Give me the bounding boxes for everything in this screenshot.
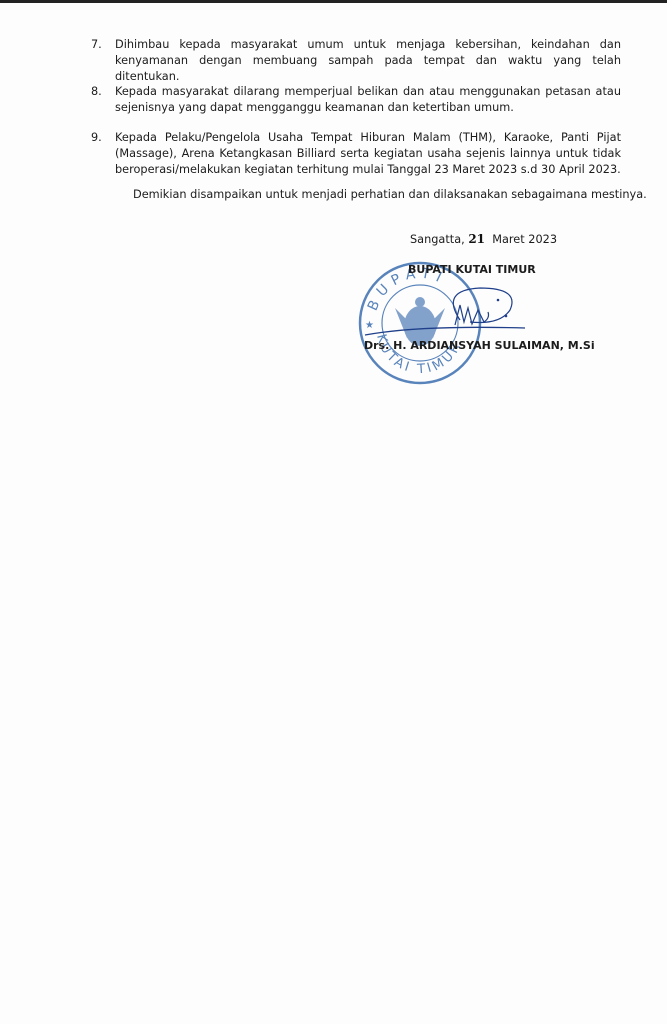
- top-border: [0, 0, 667, 3]
- list-item-8: 8. Kepada masyarakat dilarang memperjual…: [91, 84, 621, 116]
- official-title: BUPATI KUTAI TIMUR: [408, 263, 536, 276]
- item-text: Dihimbau kepada masyarakat umum untuk me…: [115, 37, 621, 85]
- item-number: 9.: [91, 130, 102, 146]
- item-text: Kepada Pelaku/Pengelola Usaha Tempat Hib…: [115, 130, 621, 178]
- place: Sangatta,: [410, 233, 465, 246]
- item-number: 8.: [91, 84, 102, 100]
- place-date: Sangatta, 21 Maret 2023: [410, 232, 557, 246]
- day-handwritten: 21: [468, 232, 485, 246]
- list-item-9: 9. Kepada Pelaku/Pengelola Usaha Tempat …: [91, 130, 621, 178]
- list-item-7: 7. Dihimbau kepada masyarakat umum untuk…: [91, 37, 621, 85]
- month-year: Maret 2023: [492, 233, 557, 246]
- item-number: 7.: [91, 37, 102, 53]
- item-text: Kepada masyarakat dilarang memperjual be…: [115, 84, 621, 116]
- official-name: Drs. H. ARDIANSYAH SULAIMAN, M.Si: [364, 339, 595, 352]
- closing-statement: Demikian disampaikan untuk menjadi perha…: [133, 188, 647, 201]
